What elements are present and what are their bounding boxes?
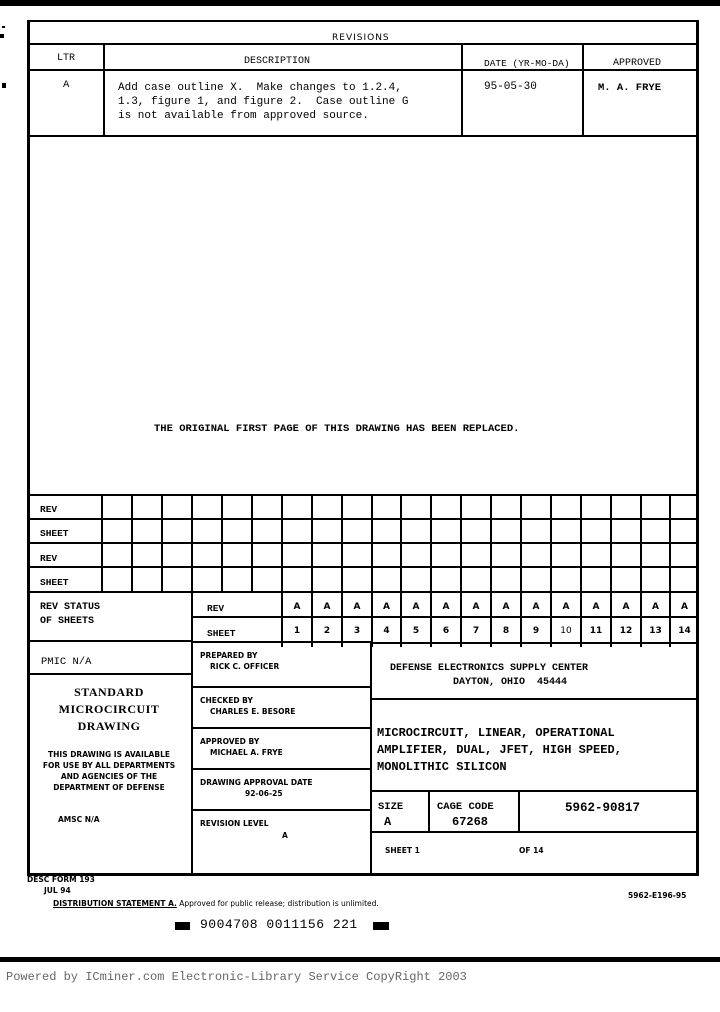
grid-line <box>101 494 103 592</box>
divider <box>27 542 699 544</box>
header-date: DATE (YR-MO-DA) <box>484 58 570 69</box>
size-value: A <box>384 815 391 829</box>
sheet-number: SHEET 1 <box>385 846 420 855</box>
approval-date: 92-06-25 <box>245 789 283 798</box>
rev-cell: A <box>612 602 640 612</box>
rev-cell: A <box>462 602 490 612</box>
divider <box>370 641 372 873</box>
cage-code-label: CAGE CODE <box>437 801 494 813</box>
agency-name: DEFENSE ELECTRONICS SUPPLY CENTER <box>390 663 588 674</box>
margin-mark <box>0 34 4 38</box>
rev-cell: A <box>432 602 460 612</box>
grid-line <box>251 494 253 592</box>
grid-label-rev: REV <box>40 553 57 564</box>
sheet-cell: 3 <box>343 626 371 636</box>
barcode-mark-right-icon <box>373 922 389 930</box>
divider <box>191 727 371 729</box>
rev-cell: A <box>522 602 550 612</box>
divider <box>27 43 699 45</box>
sheet-cell: 13 <box>642 626 669 636</box>
grid-line <box>460 494 462 647</box>
grid-line <box>490 494 492 647</box>
description-line: 1.3, figure 1, and figure 2. Case outlin… <box>118 96 408 108</box>
description-line: Add case outline X. Make changes to 1.2.… <box>118 82 402 94</box>
grid-label-sheet: SHEET <box>40 577 69 588</box>
sheet-cell: 8 <box>492 626 520 636</box>
divider <box>27 494 699 496</box>
drawing-title: MICROCIRCUIT, LINEAR, OPERATIONAL <box>377 726 615 740</box>
powered-by-notice: Powered by ICminer.com Electronic-Librar… <box>6 970 467 984</box>
bottom-border-bar <box>0 957 720 962</box>
sheet-cell: 14 <box>671 626 698 636</box>
grid-label-rev: REV <box>40 504 57 515</box>
sheet-cell: 10 <box>552 626 580 636</box>
grid-line <box>640 494 642 647</box>
sheet-cell: 6 <box>432 626 460 636</box>
rev-status-label: OF SHEETS <box>40 616 94 627</box>
checked-by-label: CHECKED BY <box>200 696 253 705</box>
rev-cell: A <box>642 602 669 612</box>
divider <box>191 686 371 688</box>
divider <box>191 809 371 811</box>
divider <box>370 831 699 833</box>
grid-line <box>580 494 582 647</box>
replacement-notice: THE ORIGINAL FIRST PAGE OF THIS DRAWING … <box>154 423 519 435</box>
rev-status-rev-label: REV <box>207 603 224 614</box>
prepared-by-name: RICK C. OFFICER <box>210 662 279 671</box>
revision-level-label: REVISION LEVEL <box>200 819 269 828</box>
pmic-label: PMIC N/A <box>41 656 91 668</box>
sheet-cell: 9 <box>522 626 550 636</box>
divider <box>27 566 699 568</box>
drawing-title: MONOLITHIC SILICON <box>377 760 507 774</box>
drawing-number: 5962-90817 <box>565 801 640 815</box>
divider <box>370 790 699 792</box>
divider <box>27 640 191 642</box>
rev-cell: A <box>402 602 430 612</box>
availability-text: FOR USE BY ALL DEPARTMENTS <box>27 761 191 770</box>
rev-status-sheet-label: SHEET <box>207 628 236 639</box>
checked-by-name: CHARLES E. BESORE <box>210 707 295 716</box>
rev-cell: A <box>313 602 341 612</box>
revision-date: 95-05-30 <box>484 81 537 93</box>
grid-line <box>400 494 402 647</box>
grid-line <box>131 494 133 592</box>
divider <box>27 518 699 520</box>
availability-text: THIS DRAWING IS AVAILABLE <box>27 750 191 759</box>
rev-cell: A <box>552 602 580 612</box>
header-ltr: LTR <box>57 53 75 64</box>
distribution-text: Approved for public release; distributio… <box>177 899 379 908</box>
sheet-cell: 2 <box>313 626 341 636</box>
distribution-statement: DISTRIBUTION STATEMENT A. Approved for p… <box>53 899 379 908</box>
divider <box>191 768 371 770</box>
drawing-title: AMPLIFIER, DUAL, JFET, HIGH SPEED, <box>377 743 622 757</box>
standard-title: DRAWING <box>27 719 191 734</box>
rev-status-label: REV STATUS <box>40 602 100 613</box>
availability-text: AND AGENCIES OF THE <box>27 772 191 781</box>
amsc-label: AMSC N/A <box>58 815 100 824</box>
form-date: JUL 94 <box>44 886 71 895</box>
divider <box>582 43 584 136</box>
revision-approver: M. A. FRYE <box>598 82 661 94</box>
divider <box>370 642 699 644</box>
size-label: SIZE <box>378 801 403 813</box>
rev-cell: A <box>373 602 400 612</box>
rev-cell: A <box>283 602 311 612</box>
prepared-by-label: PREPARED BY <box>200 651 257 660</box>
description-line: is not available from approved source. <box>118 110 369 122</box>
grid-line <box>669 494 671 647</box>
revisions-title: REVISIONS <box>332 33 390 43</box>
sheet-cell: 4 <box>373 626 400 636</box>
divider <box>370 698 699 700</box>
margin-mark <box>2 83 6 88</box>
sheet-cell: 7 <box>462 626 490 636</box>
divider <box>191 641 371 643</box>
revision-letter: A <box>63 79 69 91</box>
grid-line <box>281 494 283 647</box>
margin-mark <box>2 26 5 28</box>
grid-line <box>610 494 612 647</box>
grid-label-sheet: SHEET <box>40 528 69 539</box>
rev-cell: A <box>582 602 610 612</box>
standard-title: STANDARD <box>27 685 191 700</box>
divider <box>428 790 430 832</box>
grid-line <box>371 494 373 647</box>
rev-cell: A <box>671 602 698 612</box>
grid-line <box>191 494 193 592</box>
approved-by-name: MICHAEL A. FRYE <box>210 748 283 757</box>
sheet-cell: 12 <box>612 626 640 636</box>
divider <box>191 591 193 873</box>
grid-line <box>311 494 313 647</box>
header-description: DESCRIPTION <box>244 56 310 67</box>
standard-title: MICROCIRCUIT <box>27 702 191 717</box>
grid-line <box>550 494 552 647</box>
divider <box>518 790 520 832</box>
divider <box>103 43 105 136</box>
barcode-mark-left-icon <box>175 922 190 930</box>
revision-level-value: A <box>282 831 288 840</box>
divider <box>27 673 191 675</box>
sheet-cell: 1 <box>283 626 311 636</box>
sheet-cell: 5 <box>402 626 430 636</box>
barcode-number: 9004708 0011156 221 <box>200 917 358 932</box>
sheet-cell: 11 <box>582 626 610 636</box>
grid-line <box>520 494 522 647</box>
document-code: 5962-E196-95 <box>628 891 686 900</box>
divider <box>27 69 699 71</box>
approved-by-label: APPROVED BY <box>200 737 259 746</box>
distribution-label: DISTRIBUTION STATEMENT A. <box>53 899 177 908</box>
top-border-bar <box>0 0 720 6</box>
rev-cell: A <box>343 602 371 612</box>
grid-line <box>221 494 223 592</box>
agency-address: DAYTON, OHIO 45444 <box>453 677 567 688</box>
divider <box>461 43 463 136</box>
rev-cell: A <box>492 602 520 612</box>
divider <box>27 591 699 593</box>
availability-text: DEPARTMENT OF DEFENSE <box>27 783 191 792</box>
approval-date-label: DRAWING APPROVAL DATE <box>200 778 313 787</box>
grid-line <box>430 494 432 647</box>
grid-line <box>161 494 163 592</box>
header-approved: APPROVED <box>613 58 661 69</box>
divider <box>191 616 699 618</box>
form-number: DESC FORM 193 <box>27 875 95 884</box>
grid-line <box>341 494 343 647</box>
divider <box>27 135 699 137</box>
sheet-total: OF 14 <box>519 846 544 855</box>
revision-description: Add case outline X. Make changes to 1.2.… <box>118 81 408 123</box>
cage-code-value: 67268 <box>452 815 488 829</box>
